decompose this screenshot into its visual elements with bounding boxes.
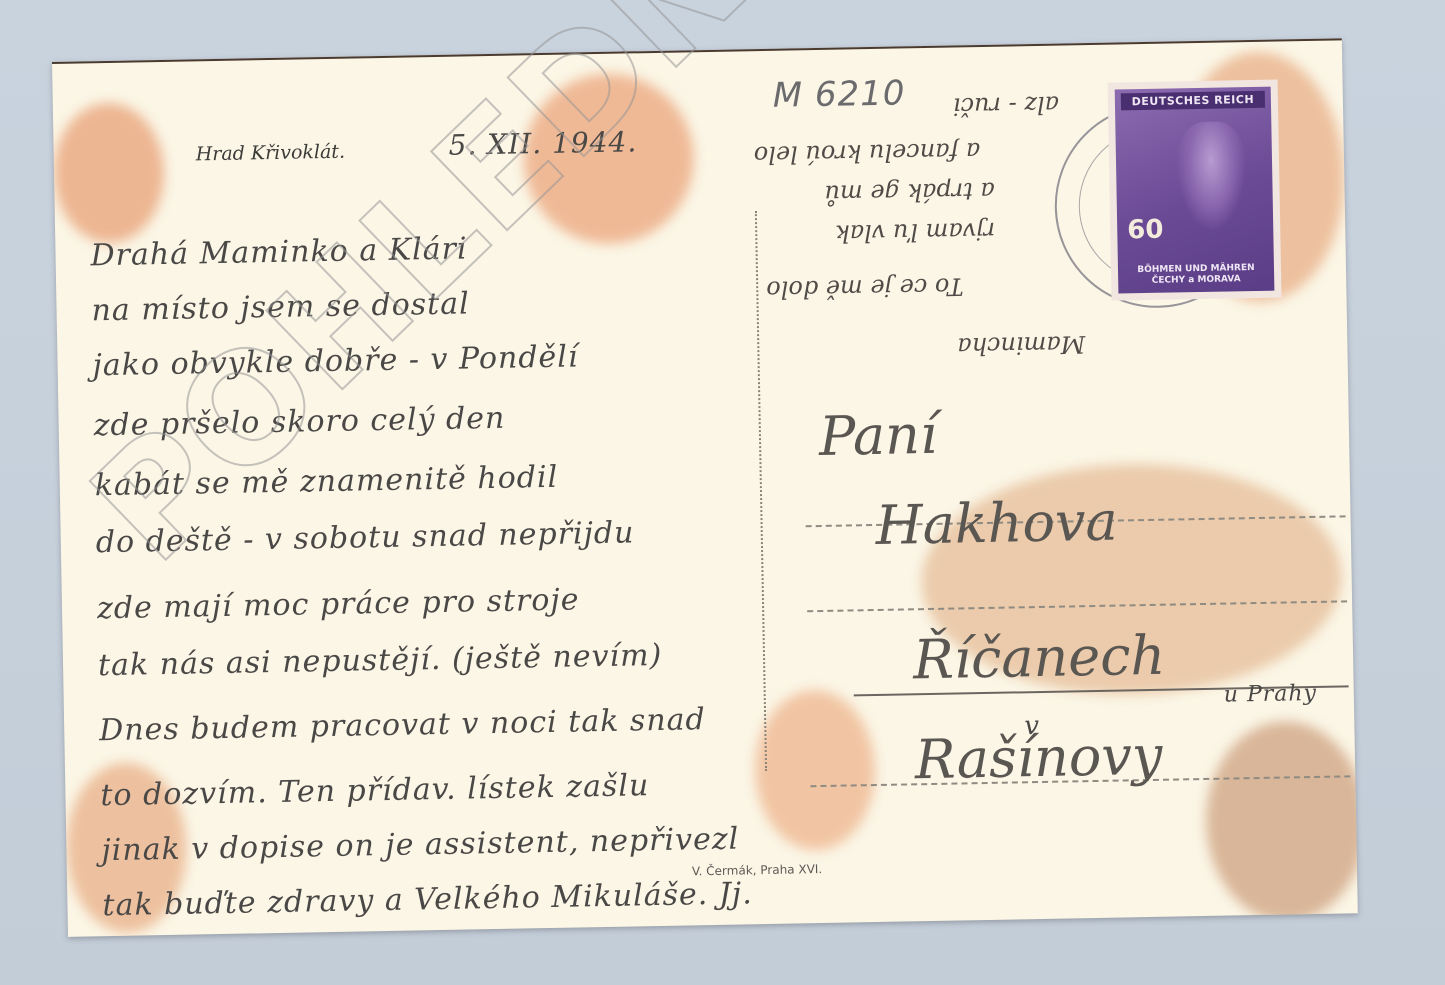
upside-line: a fancelu kroú lelo: [754, 137, 981, 169]
upside-line: a trpák ge mů: [824, 177, 995, 208]
postage-stamp: DEUTSCHES REICH 60 BÖHMEN UND MÄHREN ČEC…: [1108, 80, 1282, 301]
stamp-caption: BÖHMEN UND MÄHREN ČECHY a MORAVA: [1122, 263, 1270, 288]
stamp-country: DEUTSCHES REICH: [1121, 91, 1265, 111]
message: Drahá Maminko a Klári na místo jsem se d…: [52, 40, 1342, 64]
message-line: kabát se mě znamenitě hodil: [94, 460, 558, 503]
stamp-value: 60: [1127, 215, 1164, 246]
stamp-face: DEUTSCHES REICH 60 BÖHMEN UND MÄHREN ČEC…: [1115, 87, 1275, 294]
pencil-catalog-note: M 6210: [772, 73, 905, 115]
upside-line: alz - ruči: [953, 91, 1060, 121]
message-line: zde pršelo skoro celý den: [93, 401, 505, 444]
upside-line: rjvam ľu vlak: [835, 217, 995, 248]
upside-line: To ce je mě dolo: [766, 272, 964, 304]
message-line: to dozvím. Ten přídav. lístek zašlu: [100, 768, 649, 813]
address-line-name: Hakhova: [875, 490, 1118, 557]
printed-caption: Hrad Křivoklát.: [196, 141, 346, 166]
message-line: jinak v dopise on je assistent, nepřivez…: [101, 822, 739, 869]
upside-down-note: alz - ruči a fancelu kroú lelo a trpák g…: [52, 40, 1342, 64]
message-line: Drahá Maminko a Klári: [90, 231, 468, 273]
message-line: jako obvykle dobře - v Pondělí: [92, 339, 579, 383]
publisher-imprint: V. Čermák, Praha XVI.: [692, 862, 823, 878]
stain: [53, 102, 166, 244]
message-line: zde mají moc práce pro stroje: [97, 582, 580, 626]
address-line-street: Rašínovy: [914, 724, 1163, 792]
message-line: tak nás asi nepustějí. (ještě nevím): [98, 638, 663, 683]
address-line-salutation: Paní: [818, 403, 937, 468]
message-line: do deště - v sobotu snad nepřijdu: [95, 515, 634, 560]
address-line-town: Říčanech: [913, 624, 1166, 692]
message-line: Dnes budem pracovat v noci tak snad: [99, 702, 706, 748]
address-note: u Prahy: [1224, 681, 1318, 708]
date: 5. XII. 1944.: [448, 125, 637, 161]
message-line: tak buďte zdravy a Velkého Mikuláše. Jj.: [102, 876, 753, 923]
message-line: na místo jsem se dostal: [91, 286, 470, 328]
postcard: Hrad Křivoklát. 5. XII. 1944. M 6210 Dra…: [52, 38, 1358, 936]
center-divider: [755, 211, 767, 771]
stain: [1204, 720, 1358, 923]
stain: [754, 689, 877, 851]
stamp-portrait-icon: [1175, 121, 1247, 232]
upside-line: Mamincha: [957, 330, 1085, 360]
